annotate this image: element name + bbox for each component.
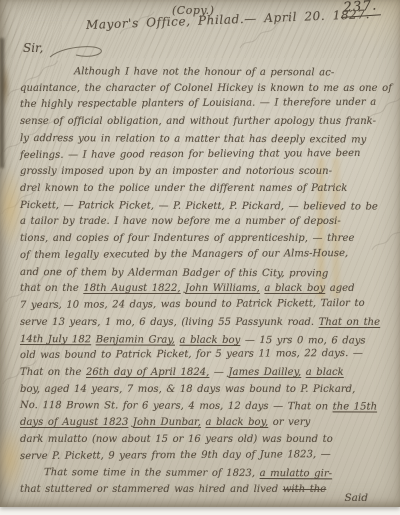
pen-flourish-icon	[48, 44, 106, 62]
text-segment: or very	[268, 417, 310, 428]
text-segment: 7 years, 10 mos, 24 days, was bound to P…	[20, 298, 365, 311]
letter-line: Pickett, — Patrick Picket, — P. Pickett,…	[20, 198, 398, 216]
underlined-phrase: days of August 1823	[20, 417, 128, 428]
letter-line: the highly respectable planters of Louis…	[20, 95, 398, 114]
text-segment: sense of official obligation, and withou…	[20, 116, 376, 127]
binding-shadow	[0, 38, 4, 168]
underlined-phrase: 14th July 182	[20, 334, 91, 345]
underlined-phrase: Benjamin Gray,	[96, 334, 175, 345]
text-segment: serve P. Pickett, 9 years from the 9th d…	[20, 449, 331, 462]
salutation: Sir,	[23, 41, 43, 55]
text-segment: and one of them by Alderman Badger of th…	[20, 267, 328, 279]
text-segment: grossly imposed upon by an imposter and …	[20, 166, 332, 177]
text-segment: boy, aged 14 years, 7 mos, & 18 days was…	[20, 384, 355, 395]
underlined-phrase: 18th August 1822,	[83, 283, 180, 294]
underlined-phrase: the 15th	[333, 402, 378, 413]
underlined-phrase: a black boy	[180, 334, 241, 345]
letter-line: boy, aged 14 years, 7 mos, & 18 days was…	[20, 382, 398, 399]
text-segment: ly address you in relation to a matter t…	[20, 133, 366, 146]
letter-line: That some time in the summer of 1823, a …	[20, 465, 398, 483]
letter-line: serve P. Pickett, 9 years from the 9th d…	[20, 446, 398, 465]
letter-page: (Copy.) 237. Mayor's Office, Philad.— Ap…	[0, 0, 400, 507]
text-segment: Although I have not the honour of a pers…	[74, 66, 334, 78]
text-segment: drel known to the police under the diffe…	[20, 183, 347, 194]
letter-body: Although I have not the honour of a pers…	[20, 64, 398, 499]
document-photo: (Copy.) 237. Mayor's Office, Philad.— Ap…	[0, 0, 400, 515]
text-segment: quaintance, the character of Colonel Hic…	[20, 83, 392, 94]
text-segment: a tailor by trade. I have now before me …	[20, 216, 341, 227]
underlined-phrase: John Williams,	[185, 283, 260, 294]
letter-line: a tailor by trade. I have now before me …	[20, 214, 398, 231]
letter-line: 7 years, 10 mos, 24 days, was bound to P…	[20, 296, 398, 315]
text-segment: Pickett, — Patrick Picket, — P. Pickett,…	[20, 200, 378, 213]
letter-line: old was bound to Patrick Picket, for 5 y…	[20, 346, 398, 365]
letter-line: serve 13 years, 1 mo, 6 days, (living 55…	[20, 315, 398, 332]
text-segment: feelings. — I have good reason for belie…	[20, 148, 361, 161]
text-segment: No. 118 Brown St. for 6 years, 4 mos, 12…	[20, 400, 333, 412]
underlined-phrase: a black	[306, 367, 344, 378]
underlined-phrase: a black boy,	[206, 417, 269, 428]
letter-line: feelings. — I have good reason for belie…	[20, 145, 398, 164]
text-segment: aged	[325, 283, 354, 294]
text-segment: That on the	[20, 367, 86, 378]
catchword: Said	[0, 492, 368, 504]
letter-line: of them legally executed by the Managers…	[20, 246, 398, 265]
text-segment: tions, and copies of four Indentures of …	[20, 233, 354, 244]
letter-line: That on the 26th day of April 1824, — Ja…	[20, 365, 398, 382]
underlined-phrase: James Dailley,	[229, 367, 302, 378]
text-segment: the highly respectable planters of Louis…	[20, 97, 376, 110]
underlined-phrase: a mulatto gir-	[260, 468, 333, 479]
text-segment: old was bound to Patrick Picket, for 5 y…	[20, 348, 363, 361]
letter-line: and one of them by Alderman Badger of th…	[20, 265, 398, 283]
text-segment: — 15 yrs 0 mo, 6 days	[240, 334, 365, 346]
underlined-phrase: John Dunbar,	[133, 417, 201, 428]
text-segment: that on the	[20, 283, 83, 294]
underlined-phrase: 26th day of April 1824,	[86, 367, 209, 378]
text-segment: dark mulatto (now about 15 or 16 years o…	[20, 434, 333, 445]
letter-line: No. 118 Brown St. for 6 years, 4 mos, 12…	[20, 398, 398, 416]
underlined-phrase: That on the	[319, 317, 380, 328]
text-segment: —	[209, 367, 228, 378]
letter-line: grossly imposed upon by an imposter and …	[20, 164, 398, 181]
text-segment: serve 13 years, 1 mo, 6 days, (living 55…	[20, 317, 319, 328]
letter-line: drel known to the police under the diffe…	[20, 181, 398, 198]
underlined-phrase: a black boy	[264, 283, 325, 294]
letter-line: sense of official obligation, and withou…	[20, 114, 398, 131]
letter-line: dark mulatto (now about 15 or 16 years o…	[20, 432, 398, 449]
text-segment: That some time in the summer of 1823,	[44, 467, 260, 479]
letter-line: days of August 1823 John Dunbar, a black…	[20, 415, 398, 432]
text-segment: of them legally executed by the Managers…	[20, 248, 348, 261]
letter-line: Although I have not the honour of a pers…	[20, 64, 398, 82]
